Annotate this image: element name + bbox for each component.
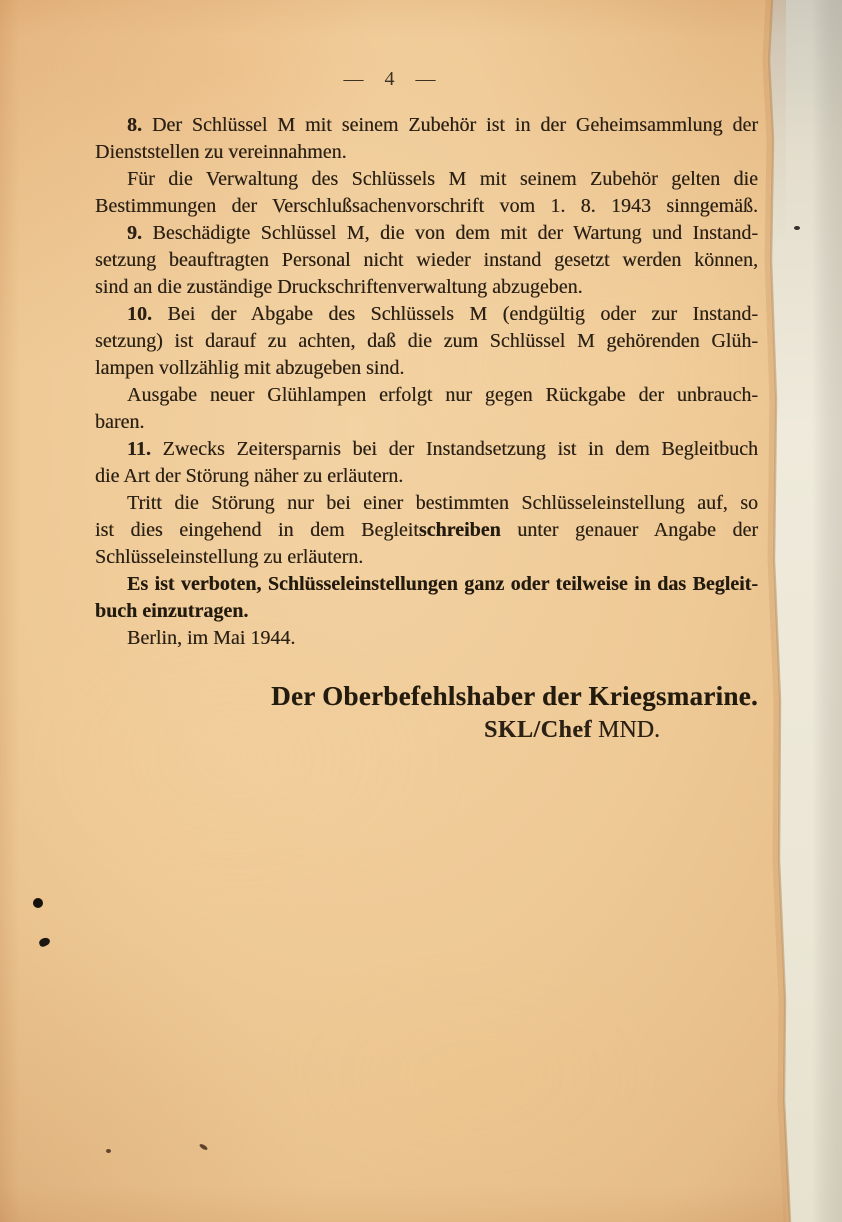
text-line: 8. Der Schlüssel M mit seinem Zubehör is… [95,112,758,139]
text-line: Für die Verwaltung des Schlüssels M mit … [95,166,758,193]
paragraph-9: 9. Beschädigte Schlüssel M, die von dem … [95,220,758,301]
paragraph-8-continuation: Für die Verwaltung des Schlüssels M mit … [95,166,758,220]
scanned-document-page: — 4 — 8. Der Schlüssel M mit seinem Zube… [0,0,842,1222]
text-line: setzung) ist darauf zu achten, daß die z… [95,328,758,355]
text-line: ist dies eingehend in dem Begleitschreib… [95,517,758,544]
paragraph-11-continuation: Tritt die Störung nur bei einer bestimmt… [95,490,758,571]
text-line: Dienststellen zu vereinnahmen. [95,139,758,166]
paragraph-10-continuation: Ausgabe neuer Glühlampen erfolgt nur geg… [95,382,758,436]
text-line: Schlüsseleinstellung zu erläutern. [95,544,758,571]
text-line: setzung beauftragten Personal nicht wied… [95,247,758,274]
dateline: Berlin, im Mai 1944. [127,625,758,652]
paragraph-11: 11. Zwecks Zeitersparnis bei der Instand… [95,436,758,490]
paragraph-number: 11. [127,438,151,460]
paragraph-8: 8. Der Schlüssel M mit seinem Zubehör is… [95,112,758,166]
text-line: sind an die zuständige Druckschriftenver… [95,274,758,301]
paragraph-number: 8. [127,114,142,136]
text-line: Tritt die Störung nur bei einer bestimmt… [95,490,758,517]
prohibition-paragraph: Es ist verboten, Schlüsseleinstellungen … [95,571,758,625]
text-line: Es ist verboten, Schlüsseleinstellungen … [95,571,758,598]
paragraph-number: 9. [127,222,142,244]
bold-word: schreiben [419,519,501,541]
paragraph-10: 10. Bei der Abgabe des Schlüssels M (end… [95,301,758,382]
paragraph-number: 10. [127,303,152,325]
signature-org-abbrev: SKL/Chef [484,717,592,743]
text-line: 10. Bei der Abgabe des Schlüssels M (end… [95,301,758,328]
signature-org: SKL/Chef MND. [382,716,762,744]
signature-dept: MND. [598,717,660,743]
text-line: Ausgabe neuer Glühlampen erfolgt nur geg… [95,382,758,409]
document-body: 8. Der Schlüssel M mit seinem Zubehör is… [95,112,758,744]
page-number: — 4 — [0,68,780,91]
signature-title: Der Oberbefehlshaber der Kriegsmarine. [95,680,758,712]
text-line: baren. [95,409,758,436]
text-line: 11. Zwecks Zeitersparnis bei der Instand… [95,436,758,463]
text-line: Bestimmungen der Verschlußsachenvorschri… [95,193,758,220]
text-line: die Art der Störung näher zu erläutern. [95,463,758,490]
text-line: buch einzutragen. [95,598,758,625]
text-line: lampen vollzählig mit abzugeben sind. [95,355,758,382]
text-line: 9. Beschädigte Schlüssel M, die von dem … [95,220,758,247]
